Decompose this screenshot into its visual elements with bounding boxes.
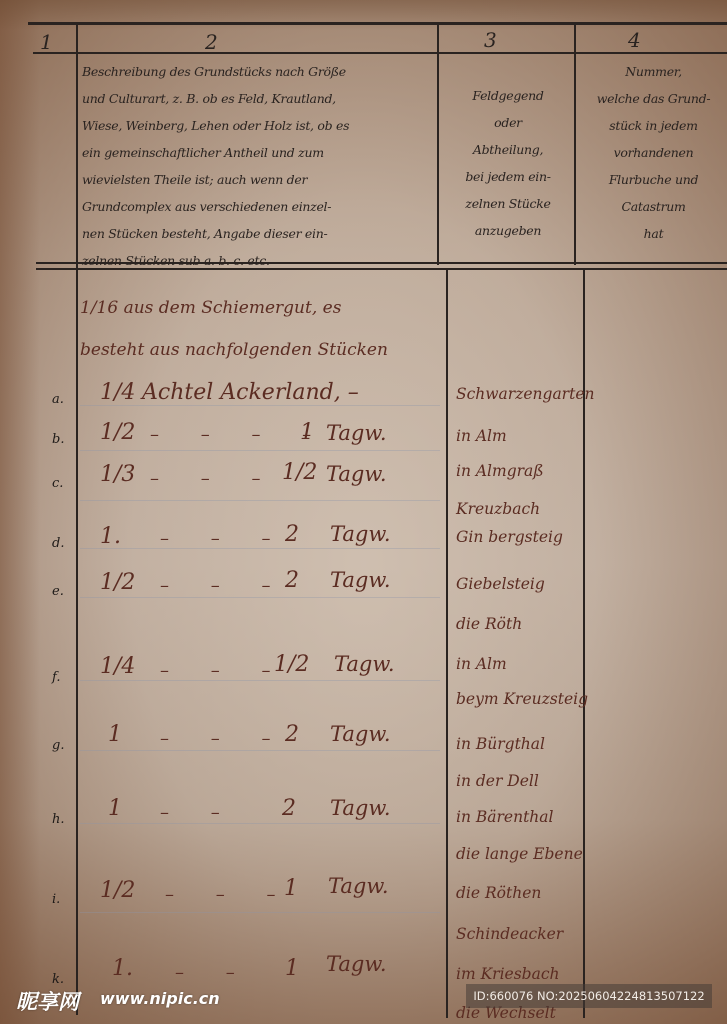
ruled-line	[80, 450, 440, 451]
row-label-h: h.	[52, 812, 65, 827]
ruled-line	[80, 823, 440, 824]
row-c-quantity: 1/3	[100, 462, 135, 487]
column-number-4: 4	[628, 28, 641, 52]
row-label-g: g.	[52, 738, 64, 753]
watermark-logo: 昵享网	[16, 986, 79, 1016]
row-h-unit: Tagw.	[330, 796, 391, 820]
row-label-f: f.	[52, 670, 60, 685]
row-c-location: in Almgraß	[456, 462, 544, 480]
row-h-location: in Bärenthal	[456, 808, 553, 826]
ruled-line	[80, 912, 440, 913]
row-e-unit: Tagw.	[330, 568, 391, 592]
row-i-location: die Röthen	[456, 884, 541, 902]
row-k-dashes: – –	[175, 962, 253, 983]
intro-line-1: 1/16 aus dem Schiemergut, es	[80, 298, 341, 318]
location-continuation: Schindeacker	[456, 925, 563, 943]
row-g-amount: 2	[285, 722, 299, 747]
column-divider-2b	[446, 268, 448, 1018]
row-g-location: in Bürgthal	[456, 735, 545, 753]
column-number-3: 3	[484, 28, 497, 52]
location-continuation: beym Kreuzsteig	[456, 690, 588, 708]
location-continuation: in der Dell	[456, 772, 539, 790]
row-h-quantity: 1	[108, 796, 122, 821]
row-e-location: Giebelsteig	[456, 575, 545, 593]
row-c-unit: Tagw.	[326, 462, 387, 486]
column-number-rule	[33, 52, 727, 54]
location-continuation: die Röth	[456, 615, 522, 633]
row-label-d: d.	[52, 536, 64, 551]
ruled-line	[80, 597, 440, 598]
row-e-quantity: 1/2	[100, 570, 135, 595]
column-divider-3b	[583, 268, 585, 1018]
intro-line-2: besteht aus nachfolgenden Stücken	[80, 340, 388, 360]
row-i-unit: Tagw.	[328, 874, 389, 898]
row-label-e: e.	[52, 584, 64, 599]
row-g-unit: Tagw.	[330, 722, 391, 746]
row-f-quantity: 1/4	[100, 654, 135, 679]
row-label-k: k.	[52, 972, 64, 987]
paper-edge-shadow	[0, 0, 40, 1024]
row-f-location: in Alm	[456, 655, 507, 673]
row-k-quantity: 1.	[112, 956, 133, 981]
ruled-line	[80, 500, 440, 501]
row-b-quantity: 1/2	[100, 420, 135, 445]
row-f-amount: 1/2	[274, 652, 309, 677]
row-i-quantity: 1/2	[100, 878, 135, 903]
row-label-c: c.	[52, 476, 63, 491]
column-number-2: 2	[205, 30, 218, 54]
row-i-dashes: – – –	[165, 884, 293, 905]
location-continuation: die lange Ebene	[456, 845, 583, 863]
column-header-number: Nummer, welche das Grund- stück in jedem…	[580, 58, 727, 247]
row-h-amount: 2	[282, 796, 296, 821]
ruled-line	[80, 750, 440, 751]
column-divider-2	[437, 25, 439, 265]
row-a-location: Schwarzengarten	[456, 385, 594, 403]
row-b-location: in Alm	[456, 427, 507, 445]
row-c-dashes: – – –	[150, 468, 278, 489]
table-top-rule	[28, 22, 727, 25]
row-k-unit: Tagw.	[326, 952, 387, 976]
row-f-dashes: – – –	[160, 660, 288, 681]
row-h-dashes: – –	[160, 802, 238, 823]
watermark-id-badge: ID:660076 NO:20250604224813507122	[466, 984, 712, 1008]
column-number-1: 1	[40, 30, 53, 54]
row-d-unit: Tagw.	[330, 522, 391, 546]
watermark-url: www.nipic.cn	[100, 989, 220, 1008]
row-label-b: b.	[52, 432, 64, 447]
row-g-quantity: 1	[108, 722, 122, 747]
column-divider-1	[76, 25, 78, 1015]
row-c-amount: 1/2	[282, 460, 317, 485]
column-header-description: Beschreibung des Grundstücks nach Größe …	[82, 58, 349, 274]
column-header-field-area: Feldgegend oder Abtheilung, bei jedem ei…	[448, 82, 568, 244]
row-k-location: im Kriesbach	[456, 965, 559, 983]
paper-top-shadow	[0, 0, 727, 30]
row-f-unit: Tagw.	[334, 652, 395, 676]
row-d-amount: 2	[285, 522, 299, 547]
location-continuation: Kreuzbach	[456, 500, 540, 518]
row-d-dashes: – – –	[160, 528, 288, 549]
row-label-a: a.	[52, 392, 64, 407]
row-g-dashes: – – –	[160, 728, 288, 749]
row-e-dashes: – – –	[160, 575, 288, 596]
row-a-quantity: 1/4	[100, 380, 135, 405]
row-k-amount: 1	[285, 956, 299, 981]
row-b-unit: Tagw.	[326, 421, 387, 445]
row-d-quantity: 1.	[100, 524, 121, 549]
row-label-i: i.	[52, 892, 60, 907]
column-divider-3	[574, 25, 576, 265]
row-e-amount: 2	[285, 568, 299, 593]
row-b-amount: 1	[300, 420, 314, 445]
row-a-description: Achtel Ackerland, –	[142, 380, 359, 405]
row-i-amount: 1	[284, 876, 298, 901]
ruled-line	[80, 405, 440, 406]
row-d-location: Gin bergsteig	[456, 528, 563, 546]
